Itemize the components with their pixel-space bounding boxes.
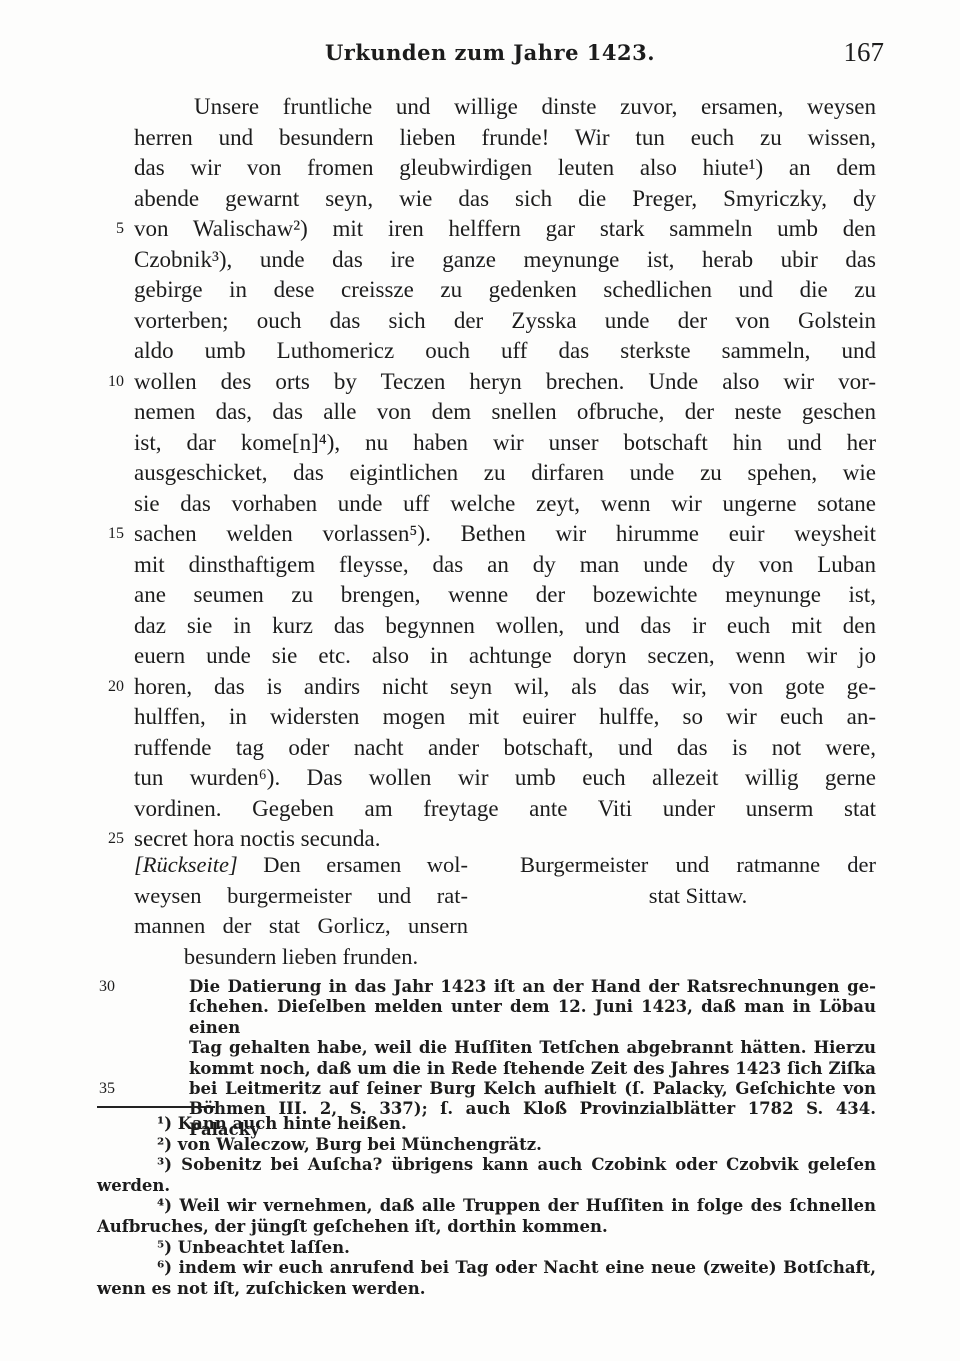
commentary-line: kommt noch, daß um die in Rede ſtehende … xyxy=(189,1059,876,1079)
italic-label: [Rückseite] xyxy=(134,852,238,877)
footnote-line: ²) von Waleczow, Burg bei Münchengrätz. xyxy=(97,1135,876,1156)
letter-text-line: hulffen, in widersten mogen mit euirer h… xyxy=(134,702,876,733)
margin-line-number: 20 xyxy=(94,672,124,703)
address-left-column: [Rückseite] Den ersamen wol-weysen burge… xyxy=(134,850,468,972)
address-line: besundern lieben frunden. xyxy=(134,942,468,973)
footnote-line: ⁶) indem wir euch anrufend bei Tag oder … xyxy=(97,1258,876,1279)
footnote-separator-rule xyxy=(97,1106,215,1108)
letter-body: Unsere fruntliche und willige dinste zuv… xyxy=(134,92,876,855)
margin-line-number: 30 xyxy=(85,977,115,997)
letter-text-line: euern unde sie etc. also in achtunge dor… xyxy=(134,641,876,672)
margin-line-number: 15 xyxy=(94,519,124,550)
margin-line-number: 35 xyxy=(85,1079,115,1099)
commentary-line: Tag gehalten habe, weil die Huſſiten Tet… xyxy=(189,1038,876,1058)
commentary-line: Die Datierung in das Jahr 1423 iſt an de… xyxy=(189,977,876,997)
footnote-line: ¹) Kann auch hinte heißen. xyxy=(97,1114,876,1135)
footnote-line: ³) Sobenitz bei Auſcha? übrigens kann au… xyxy=(97,1155,876,1196)
margin-line-number: 10 xyxy=(94,367,124,398)
scanned-book-page: Urkunden zum Jahre 1423. 167 Unsere frun… xyxy=(0,0,960,1361)
footnote-line: Aufbruches, der jüngſt geſchehen iſt, do… xyxy=(97,1217,876,1238)
letter-text-line: sie das vorhaben unde uff welche zeyt, w… xyxy=(134,489,876,520)
letter-text-line: ausgeschicket, das eigintlichen zu dirfa… xyxy=(134,458,876,489)
letter-text-line: vordinen. Gegeben am freytage ante Viti … xyxy=(134,794,876,825)
margin-line-number: 5 xyxy=(94,214,124,245)
letter-text-line: herren und besundern lieben frunde! Wir … xyxy=(134,123,876,154)
footnote-line: ⁵) Unbeachtet laſſen. xyxy=(97,1238,876,1259)
address-right-column: Burgermeister und ratmanne derstat Sitta… xyxy=(520,850,876,911)
letter-text-line: von Walischaw²) mit iren helffern gar st… xyxy=(134,214,876,245)
footnotes-block: ¹) Kann auch hinte heißen.²) von Waleczo… xyxy=(97,1114,876,1299)
letter-text-line: ane seumen zu brengen, wenne der bozewic… xyxy=(134,580,876,611)
letter-text-line: gebirge in dese creissze zu gedenken sch… xyxy=(134,275,876,306)
letter-text-line: sachen welden vorlassen⁵). Bethen wir hi… xyxy=(134,519,876,550)
letter-text-line: mit dinsthaftigem fleysse, das an dy man… xyxy=(134,550,876,581)
commentary-line: ſchehen. Dieſelben melden unter dem 12. … xyxy=(189,997,876,1038)
letter-text-line: abende gewarnt seyn, wie das sich die Pr… xyxy=(134,184,876,215)
address-line: weysen burgermeister und rat- xyxy=(134,881,468,912)
letter-text-line: daz sie in kurz das begynnen wollen, und… xyxy=(134,611,876,642)
page-number: 167 xyxy=(784,36,884,68)
letter-text-line: tun wurden⁶). Das wollen wir umb euch al… xyxy=(134,763,876,794)
footnote-line: ⁴) Weil wir vernehmen, daß alle Truppen … xyxy=(97,1196,876,1217)
letter-text-line: Czobnik³), unde das ire ganze meynunge i… xyxy=(134,245,876,276)
address-line: stat Sittaw. xyxy=(520,881,876,912)
letter-text-line: Unsere fruntliche und willige dinste zuv… xyxy=(134,92,876,123)
letter-text-line: aldo umb Luthomericz ouch uff das sterks… xyxy=(134,336,876,367)
margin-line-number: 25 xyxy=(94,824,124,855)
footnote-line: wenn es not iſt, zuſchicken werden. xyxy=(97,1279,876,1300)
letter-text-line: das wir von fromen gleubwirdigen leuten … xyxy=(134,153,876,184)
letter-text-line: nemen das, das alle von dem snellen ofbr… xyxy=(134,397,876,428)
address-line: [Rückseite] Den ersamen wol- xyxy=(134,850,468,881)
letter-text-line: wollen des orts by Teczen heryn brechen.… xyxy=(134,367,876,398)
address-line: Burgermeister und ratmanne der xyxy=(520,850,876,881)
letter-text-line: horen, das is andirs nicht seyn wil, als… xyxy=(134,672,876,703)
letter-text-line: vorterben; ouch das sich der Zysska unde… xyxy=(134,306,876,337)
address-line: mannen der stat Gorlicz, unsern xyxy=(134,911,468,942)
letter-text-line: ist, dar kome[n]⁴), nu haben wir unser b… xyxy=(134,428,876,459)
letter-text-line: ruffende tag oder nacht ander botschaft,… xyxy=(134,733,876,764)
commentary-line: bei Leitmeritz auf ſeiner Burg Kelch auf… xyxy=(189,1079,876,1099)
running-header-title: Urkunden zum Jahre 1423. xyxy=(120,40,860,66)
